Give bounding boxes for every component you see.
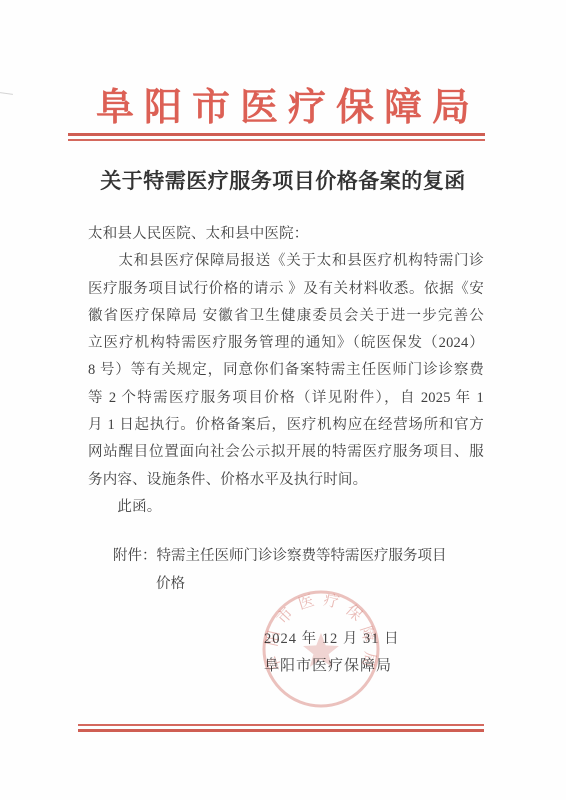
document-page: 阜阳市医疗保障局 关于特需医疗服务项目价格备案的复函 太和县人民医院、太和县中医… <box>0 0 566 800</box>
divider-line-thick <box>78 729 484 732</box>
body-line: 等 2 个特需医疗服务项目价格（详见附件），自 2025 年 1 <box>88 385 484 412</box>
body-line: 徽省医疗保障局 安徽省卫生健康委员会关于进一步完善公 <box>88 303 484 330</box>
body-line: 务内容、设施条件、价格水平及执行时间。 <box>88 467 484 494</box>
divider-line-thin <box>68 139 485 141</box>
body-line: 8 号）等有关规定，同意你们备案特需主任医师门诊诊察费 <box>88 357 484 384</box>
document-title: 关于特需医疗服务项目价格备案的复函 <box>0 165 566 195</box>
signoff-date: 2024 年 12 月 31 日 <box>264 627 400 648</box>
body-line: 医疗服务项目试行价格的请示 》及有关材料收悉。依据《安 <box>88 276 484 303</box>
attachment-note: 附件：特需主任医师门诊诊察费等特需医疗服务项目 价格 <box>88 542 508 598</box>
seal-ring <box>264 592 378 706</box>
letterhead-divider <box>68 133 485 143</box>
body-line-closing: 此函。 <box>88 494 484 521</box>
footer-divider <box>78 724 484 735</box>
official-seal: 阜阳市医疗保障局 <box>259 587 383 711</box>
body-line: 太和县医疗保障局报送《关于太和县医疗机构特需门诊 <box>88 248 484 275</box>
body-line: 月 1 日起执行。价格备案后，医疗机构应在经营场所和官方 <box>88 412 484 439</box>
attachment-note-line: 附件：特需主任医师门诊诊察费等特需医疗服务项目 <box>88 542 508 570</box>
signoff-agency: 阜阳市医疗保障局 <box>264 654 392 675</box>
body-line-recipients: 太和县人民医院、太和县中医院： <box>88 221 484 248</box>
letterhead-agency-title: 阜阳市医疗保障局 <box>0 76 566 131</box>
body-paragraphs: 太和县人民医院、太和县中医院： 太和县医疗保障局报送《关于太和县医疗机构特需门诊… <box>88 221 484 521</box>
body-line: 立医疗机构特需医疗服务管理的通知》（皖医保发（2024） <box>88 330 484 357</box>
body-line: 网站醒目位置面向社会公示拟开展的特需医疗服务项目、服 <box>88 439 484 466</box>
attachment-note-line: 价格 <box>88 570 508 598</box>
